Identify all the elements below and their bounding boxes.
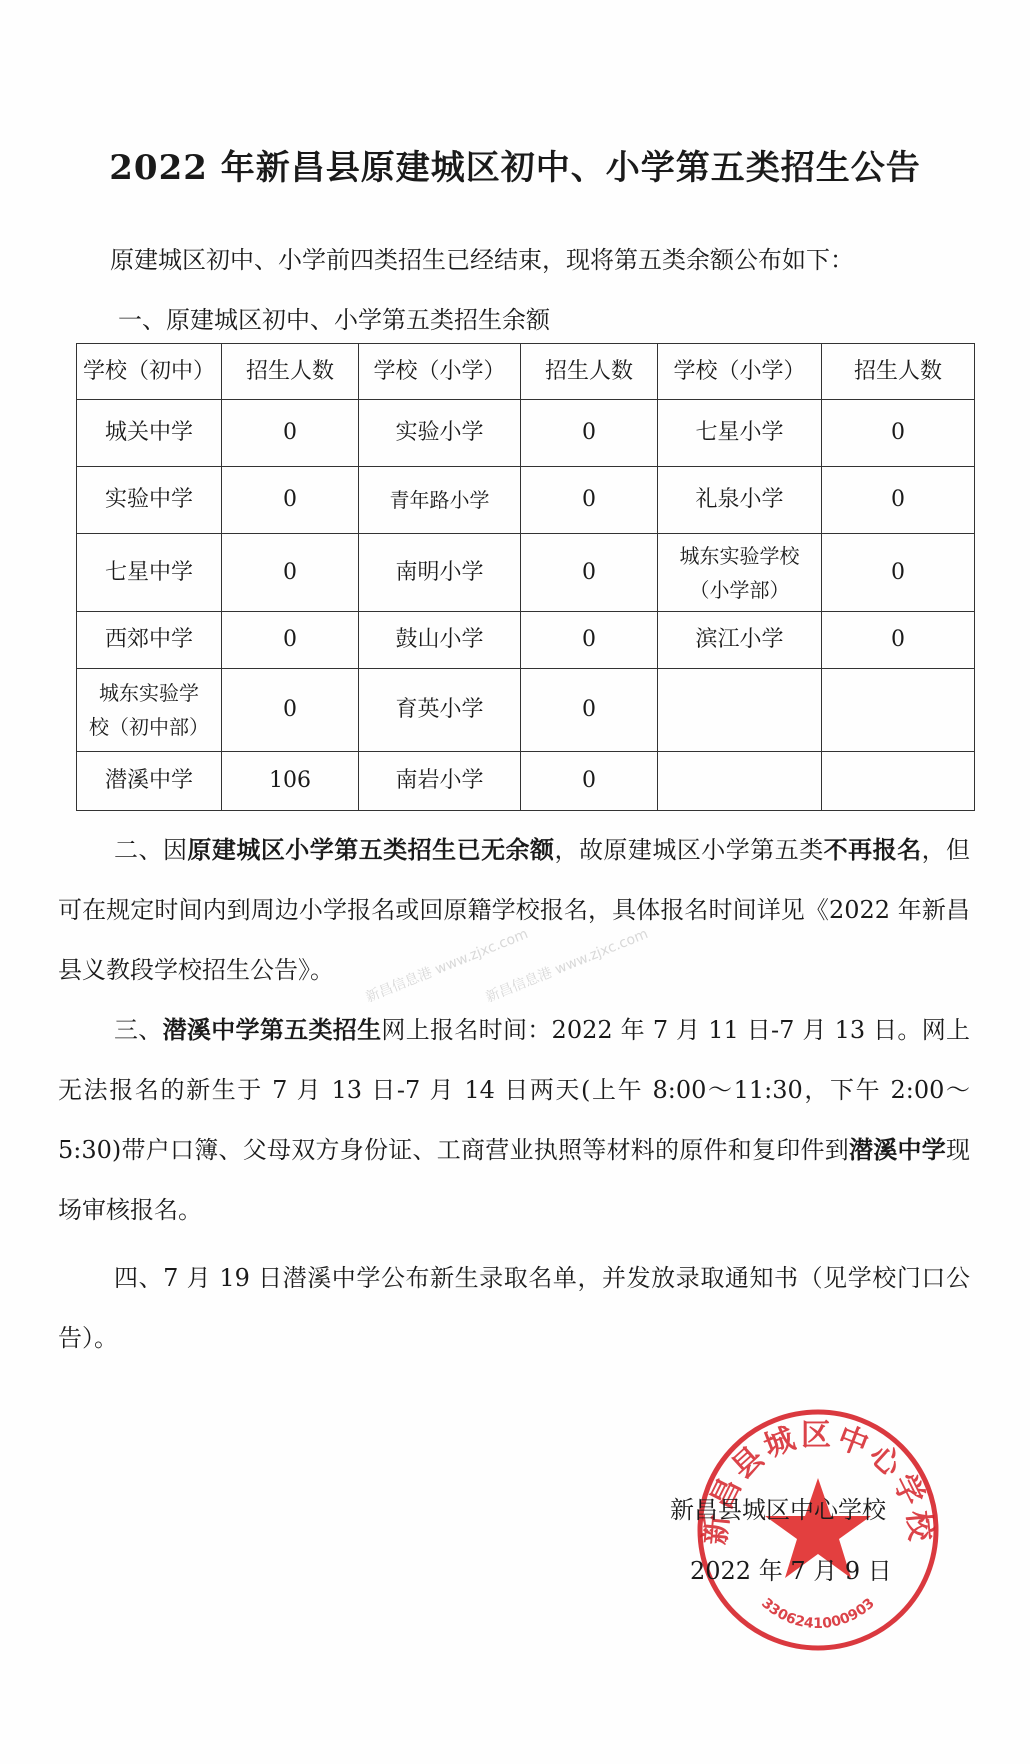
table-row: 潜溪中学 106 南岩小学 0: [77, 752, 975, 811]
table-header-row: 学校（初中） 招生人数 学校（小学） 招生人数 学校（小学） 招生人数: [77, 344, 975, 400]
section2-prefix: 二、因: [114, 836, 187, 864]
table-cell: 0: [222, 534, 359, 612]
cell-line: （小学部）: [662, 573, 817, 607]
quota-table: 学校（初中） 招生人数 学校（小学） 招生人数 学校（小学） 招生人数 城关中学…: [76, 343, 975, 811]
section2-emphasis: 原建城区小学第五类招生已无余额: [187, 835, 554, 864]
section3-prefix: 三、: [114, 1016, 163, 1044]
table-cell: 0: [222, 400, 359, 467]
table-cell: 青年路小学: [359, 467, 521, 534]
table-cell: [658, 669, 822, 752]
header-cell: 招生人数: [222, 344, 359, 400]
table-row: 西郊中学 0 鼓山小学 0 滨江小学 0: [77, 612, 975, 669]
table-cell: 城东实验学校 （小学部）: [658, 534, 822, 612]
svg-text:新昌县城区中心学校: 新昌县城区中心学校: [698, 1418, 938, 1546]
header-cell: 学校（小学）: [359, 344, 521, 400]
table-cell: 0: [822, 467, 975, 534]
table-cell: 南岩小学: [359, 752, 521, 811]
table-cell: [658, 752, 822, 811]
table-cell: 0: [521, 612, 658, 669]
table-cell: 西郊中学: [77, 612, 222, 669]
table-cell: 0: [822, 534, 975, 612]
table-row: 城关中学 0 实验小学 0 七星小学 0: [77, 400, 975, 467]
svg-text:3306241000903: 3306241000903: [758, 1595, 878, 1632]
issuer-name: 新昌县城区中心学校: [670, 1490, 886, 1525]
issue-date: 2022 年 7 月 9 日: [690, 1551, 892, 1586]
table-row: 城东实验学 校（初中部） 0 育英小学 0: [77, 669, 975, 752]
cell-line: 校（初中部）: [81, 710, 217, 744]
table-cell: 实验小学: [359, 400, 521, 467]
section4-paragraph: 四、7 月 19 日潜溪中学公布新生录取名单，并发放录取通知书（见学校门口公告）…: [58, 1248, 970, 1368]
section3-paragraph: 三、潜溪中学第五类招生网上报名时间：2022 年 7 月 11 日-7 月 13…: [58, 1000, 970, 1240]
table-cell: 城关中学: [77, 400, 222, 467]
table-cell: 0: [822, 400, 975, 467]
table-cell: 七星小学: [658, 400, 822, 467]
table-cell: 城东实验学 校（初中部）: [77, 669, 222, 752]
header-cell: 招生人数: [521, 344, 658, 400]
header-cell: 招生人数: [822, 344, 975, 400]
table-cell: 0: [822, 612, 975, 669]
section2-emphasis: 不再报名: [824, 835, 922, 864]
table-cell: 滨江小学: [658, 612, 822, 669]
section3-emphasis: 潜溪中学第五类招生: [163, 1015, 382, 1044]
table-cell: 七星中学: [77, 534, 222, 612]
table-cell: 实验中学: [77, 467, 222, 534]
table-cell: 南明小学: [359, 534, 521, 612]
cell-line: 城东实验学: [81, 676, 217, 710]
table-cell: 鼓山小学: [359, 612, 521, 669]
table-cell: [822, 752, 975, 811]
document-title: 2022 年新昌县原建城区初中、小学第五类招生公告: [0, 140, 1030, 189]
header-cell: 学校（初中）: [77, 344, 222, 400]
table-row: 实验中学 0 青年路小学 0 礼泉小学 0: [77, 467, 975, 534]
table-cell: 0: [521, 467, 658, 534]
table-cell: 0: [222, 612, 359, 669]
official-seal-icon: 新昌县城区中心学校 3306241000903: [694, 1406, 942, 1654]
table-cell: 育英小学: [359, 669, 521, 752]
header-cell: 学校（小学）: [658, 344, 822, 400]
table-cell: [822, 669, 975, 752]
section1-heading: 一、原建城区初中、小学第五类招生余额: [118, 290, 978, 350]
table-cell: 0: [521, 752, 658, 811]
table-cell: 106: [222, 752, 359, 811]
cell-line: 城东实验学校: [662, 539, 817, 573]
section2-paragraph: 二、因原建城区小学第五类招生已无余额，故原建城区小学第五类不再报名，但可在规定时…: [58, 820, 970, 1000]
section3-emphasis: 潜溪中学: [849, 1135, 946, 1164]
table-cell: 0: [521, 669, 658, 752]
table-cell: 潜溪中学: [77, 752, 222, 811]
table-cell: 0: [222, 669, 359, 752]
table-cell: 0: [521, 534, 658, 612]
table-cell: 0: [222, 467, 359, 534]
table-row: 七星中学 0 南明小学 0 城东实验学校 （小学部） 0: [77, 534, 975, 612]
section2-text: ，故原建城区小学第五类: [554, 836, 823, 864]
intro-paragraph: 原建城区初中、小学前四类招生已经结束，现将第五类余额公布如下：: [110, 230, 980, 290]
table-cell: 0: [521, 400, 658, 467]
table-cell: 礼泉小学: [658, 467, 822, 534]
